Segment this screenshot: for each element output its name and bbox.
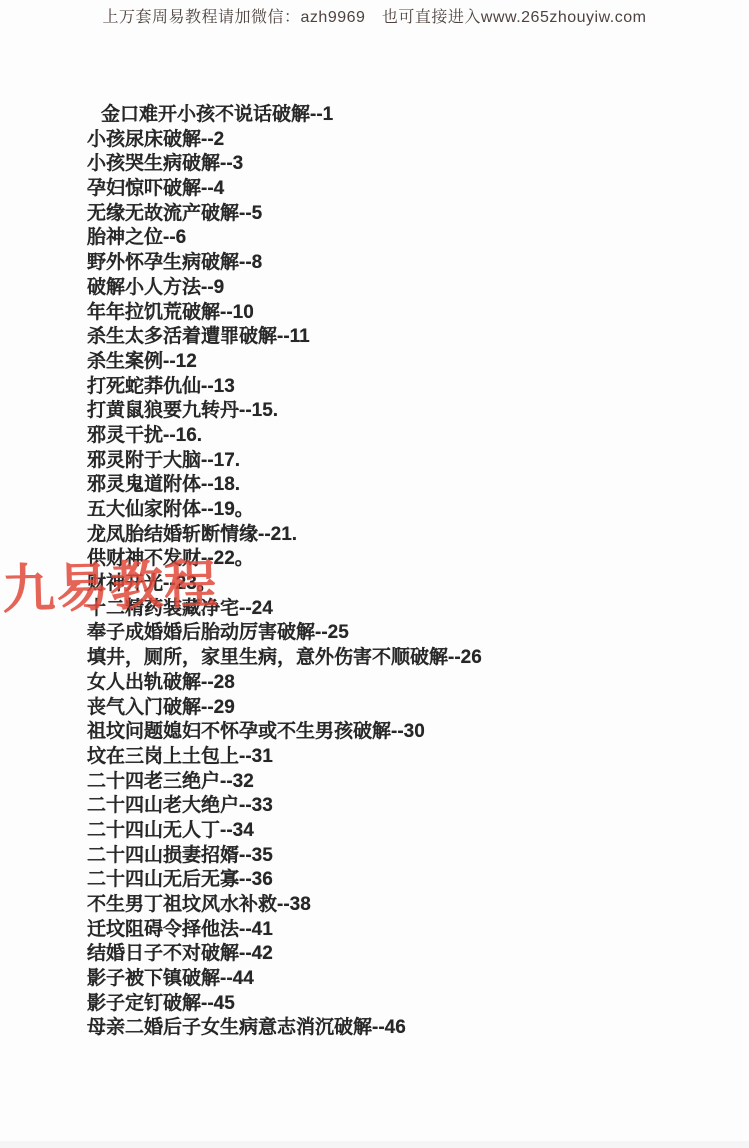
- toc-item: 二十四山无人丁--34: [0, 819, 749, 844]
- toc-item: 二十四老三绝户--32: [0, 770, 749, 795]
- toc-item: 结婚日子不对破解--42: [0, 942, 749, 967]
- document-page: 上万套周易教程请加微信：azh9969 也可直接进入www.265zhouyiw…: [0, 0, 749, 1148]
- toc-item: 坟在三岗上土包上--31: [0, 745, 749, 770]
- toc-item: 杀生太多活着遭罪破解--11: [0, 325, 749, 350]
- toc-item: 丧气入门破解--29: [0, 696, 749, 721]
- toc-item: 影子被下镇破解--44: [0, 967, 749, 992]
- header-promo-text: 上万套周易教程请加微信：azh9969 也可直接进入www.265zhouyiw…: [103, 9, 647, 26]
- toc-item: 祖坟问题媳妇不怀孕或不生男孩破解--30: [0, 720, 749, 745]
- toc-item: 邪灵鬼道附体--18.: [0, 473, 749, 498]
- toc-item: 供财神不发财--22。: [0, 547, 749, 572]
- toc-item: 杀生案例--12: [0, 350, 749, 375]
- toc-item: 邪灵附于大脑--17.: [0, 449, 749, 474]
- toc-item: 小孩哭生病破解--3: [0, 152, 749, 177]
- toc-item: 金口难开小孩不说话破解--1: [0, 103, 749, 128]
- toc-item: 五大仙家附体--19。: [0, 498, 749, 523]
- toc-item: 填井，厕所，家里生病，意外伤害不顺破解--26: [0, 646, 749, 671]
- toc-item: 小孩尿床破解--2: [0, 128, 749, 153]
- toc-item: 不生男丁祖坟风水补救--38: [0, 893, 749, 918]
- toc-item: 母亲二婚后子女生病意志消沉破解--46: [0, 1016, 749, 1041]
- toc-item: 女人出轨破解--28: [0, 671, 749, 696]
- toc-item: 邪灵干扰--16.: [0, 424, 749, 449]
- toc-item: 奉子成婚婚后胎动厉害破解--25: [0, 621, 749, 646]
- toc-item: 龙凤胎结婚斩断情缘--21.: [0, 523, 749, 548]
- toc-item: 年年拉饥荒破解--10: [0, 301, 749, 326]
- toc-item: 二十四山损妻招婿--35: [0, 844, 749, 869]
- toc-item: 孕妇惊吓破解--4: [0, 177, 749, 202]
- toc-item: 二十四山老大绝户--33: [0, 794, 749, 819]
- toc-item: 二十四山无后无寡--36: [0, 868, 749, 893]
- toc-item: 打死蛇莽仇仙--13: [0, 375, 749, 400]
- toc-item: 十二精药装藏净宅--24: [0, 597, 749, 622]
- header-bar: 上万套周易教程请加微信：azh9969 也可直接进入www.265zhouyiw…: [0, 0, 749, 28]
- toc-item: 野外怀孕生病破解--8: [0, 251, 749, 276]
- toc-item: 无缘无故流产破解--5: [0, 202, 749, 227]
- toc-item: 影子定钉破解--45: [0, 992, 749, 1017]
- toc-item: 迁坟阻碍令择他法--41: [0, 918, 749, 943]
- toc-item: 财神开光--23。: [0, 572, 749, 597]
- page-bottom-edge: [0, 1141, 749, 1148]
- table-of-contents: 金口难开小孩不说话破解--1小孩尿床破解--2小孩哭生病破解--3孕妇惊吓破解-…: [0, 103, 749, 1041]
- toc-item: 胎神之位--6: [0, 226, 749, 251]
- toc-item: 打黄鼠狼要九转丹--15.: [0, 399, 749, 424]
- toc-item: 破解小人方法--9: [0, 276, 749, 301]
